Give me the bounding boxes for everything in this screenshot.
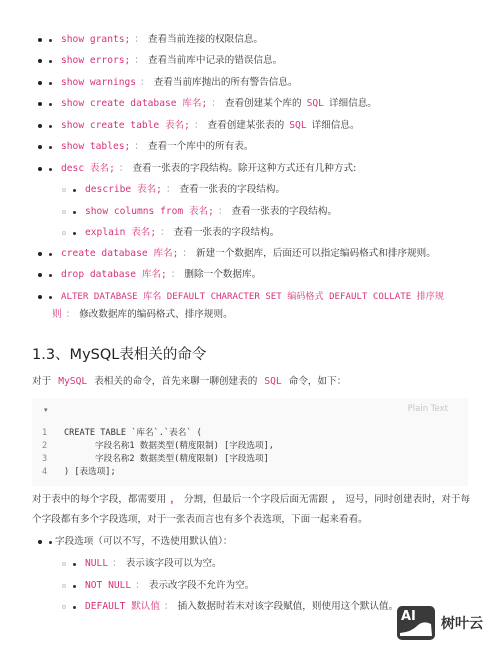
list-item: ALTER DATABASE 库名 DEFAULT CHARACTER SET … — [38, 290, 444, 304]
inline-code: show create database 库名; — [61, 97, 207, 111]
watermark-logo: AI 树叶云 — [397, 606, 483, 640]
bullet-icon — [73, 232, 76, 235]
mountain-icon — [397, 606, 435, 640]
bullet-icon — [38, 102, 42, 106]
code-line: 3 字段名称2 数据类型(精度限制) [字段选项] — [32, 453, 269, 466]
list-item: show create database 库名; ： 查看创建某个库的 SQL … — [38, 97, 377, 111]
inline-code: NULL — [85, 557, 108, 571]
bullet-icon — [49, 125, 52, 128]
list-item: create database 库名; ： 新建一个数据库，后面还可以指定编码格… — [38, 247, 436, 261]
sub-list-item: explain 表名; ： 查看一张表的字段结构。 — [62, 226, 279, 240]
bullet-icon — [49, 296, 52, 299]
paragraph-line: 个字段都有多个字段选项，对于一张表而言也有多个表选项，下面一起来看看。 — [32, 513, 368, 527]
bullet-icon — [49, 60, 52, 63]
bullet-icon — [38, 252, 42, 256]
code-language-label[interactable]: Plain Text — [408, 404, 448, 414]
bullet-icon — [49, 253, 52, 256]
line-number: 4 — [32, 466, 64, 479]
list-item-continuation: 则：修改数据库的编码格式、排序规则。 — [52, 308, 233, 322]
list-item: show warnings ： 查看当前库抛出的所有警告信息。 — [38, 76, 298, 90]
section-heading: 1.3、MySQL表相关的命令 — [32, 343, 206, 364]
bullet-icon — [73, 189, 76, 192]
bullet-icon — [38, 167, 42, 171]
inline-code: show columns from 表名; — [85, 205, 214, 219]
line-number: 1 — [32, 427, 64, 440]
line-number: 2 — [32, 440, 64, 453]
bullet-icon — [49, 541, 52, 544]
bullet-icon — [49, 39, 52, 42]
bullet-icon — [49, 168, 52, 171]
code-line: 4) [表选项]; — [32, 466, 116, 479]
sub-list-item: NULL ： 表示该字段可以为空。 — [62, 557, 222, 571]
list-item: show errors; ： 查看当前库中记录的错误信息。 — [38, 54, 282, 68]
bullet-icon — [49, 82, 52, 85]
hollow-bullet-icon — [62, 188, 66, 192]
code-line: 1CREATE TABLE `库名`.`表名` ( — [32, 427, 202, 440]
bullet-icon — [38, 295, 42, 299]
bullet-icon — [49, 103, 52, 106]
inline-code: 则 — [52, 309, 62, 320]
inline-code: MySQL — [58, 376, 87, 387]
inline-code: SQL — [307, 97, 324, 111]
inline-code: describe 表名; — [85, 183, 162, 197]
sub-list-item: show columns from 表名; ： 查看一张表的字段结构。 — [62, 205, 337, 219]
inline-code: ALTER DATABASE 库名 DEFAULT CHARACTER SET … — [61, 290, 444, 304]
watermark-text: 树叶云 — [441, 613, 483, 633]
bullet-icon — [38, 145, 42, 149]
bullet-icon — [38, 124, 42, 128]
hollow-bullet-icon — [62, 605, 66, 609]
bullet-icon — [38, 273, 42, 277]
sub-list-item: DEFAULT 默认值 ： 插入数据时若未对该字段赋值，则使用这个默认值。 — [62, 600, 398, 614]
inline-code: explain 表名; — [85, 226, 156, 240]
inline-code: ， — [170, 494, 180, 505]
bullet-icon — [73, 211, 76, 214]
inline-code: NOT NULL — [85, 579, 131, 593]
inline-code: show create table 表名; — [61, 119, 190, 133]
bullet-icon — [38, 81, 42, 85]
list-item: drop database 库名; ： 删除一个数据库。 — [38, 268, 261, 282]
collapse-toggle-icon[interactable]: ▾ — [44, 406, 48, 414]
bullet-icon — [38, 59, 42, 63]
sub-list-item: describe 表名; ： 查看一张表的字段结构。 — [62, 183, 285, 197]
bullet-icon — [73, 585, 76, 588]
paragraph-line: 对于表中的每个字段，都需要用，分割，但最后一个字段后面无需跟，逗号，同时创建表时… — [32, 493, 470, 507]
inline-code: SQL — [289, 119, 306, 133]
inline-code: ， — [332, 494, 342, 505]
bullet-icon — [38, 38, 42, 42]
list-item: desc 表名; ： 查看一张表的字段结构。除开这种方式还有几种方式: — [38, 162, 356, 176]
bullet-icon — [49, 146, 52, 149]
hollow-bullet-icon — [62, 584, 66, 588]
hollow-bullet-icon — [62, 562, 66, 566]
inline-code: show tables; — [61, 140, 130, 154]
list-item: show grants; ： 查看当前连接的权限信息。 — [38, 33, 263, 47]
bullet-icon — [73, 563, 76, 566]
inline-code: drop database 库名; — [61, 268, 167, 282]
inline-code: DEFAULT 默认值 — [85, 600, 160, 614]
code-line: 2 字段名称1 数据类型(精度限制) [字段选项], — [32, 440, 274, 453]
list-item: show tables; ： 查看一个库中的所有表。 — [38, 140, 253, 154]
line-number: 3 — [32, 453, 64, 466]
inline-code: desc 表名; — [61, 162, 115, 176]
intro-paragraph: 对于 MySQL 表相关的命令，首先来聊一聊创建表的 SQL 命令，如下： — [32, 375, 346, 389]
bullet-icon — [38, 540, 42, 544]
code-block: ▾ Plain Text 1CREATE TABLE `库名`.`表名` ( 2… — [32, 398, 468, 486]
inline-code: show errors; — [61, 54, 130, 68]
hollow-bullet-icon — [62, 210, 66, 214]
sub-list-item: NOT NULL ： 表示改字段不允许为空。 — [62, 579, 254, 593]
bullet-icon — [73, 606, 76, 609]
ai-logo-icon: AI — [397, 606, 435, 640]
list-item: 字段选项（可以不写，不选使用默认值）： — [38, 535, 232, 549]
inline-code: show warnings — [61, 76, 136, 90]
hollow-bullet-icon — [62, 231, 66, 235]
inline-code: SQL — [264, 376, 281, 387]
inline-code: show grants; — [61, 33, 130, 47]
inline-code: create database 库名; — [61, 247, 178, 261]
list-item: show create table 表名; ： 查看创建某张表的 SQL 详细信… — [38, 119, 360, 133]
bullet-icon — [49, 274, 52, 277]
document-page: show grants; ： 查看当前连接的权限信息。 show errors;… — [0, 0, 500, 653]
